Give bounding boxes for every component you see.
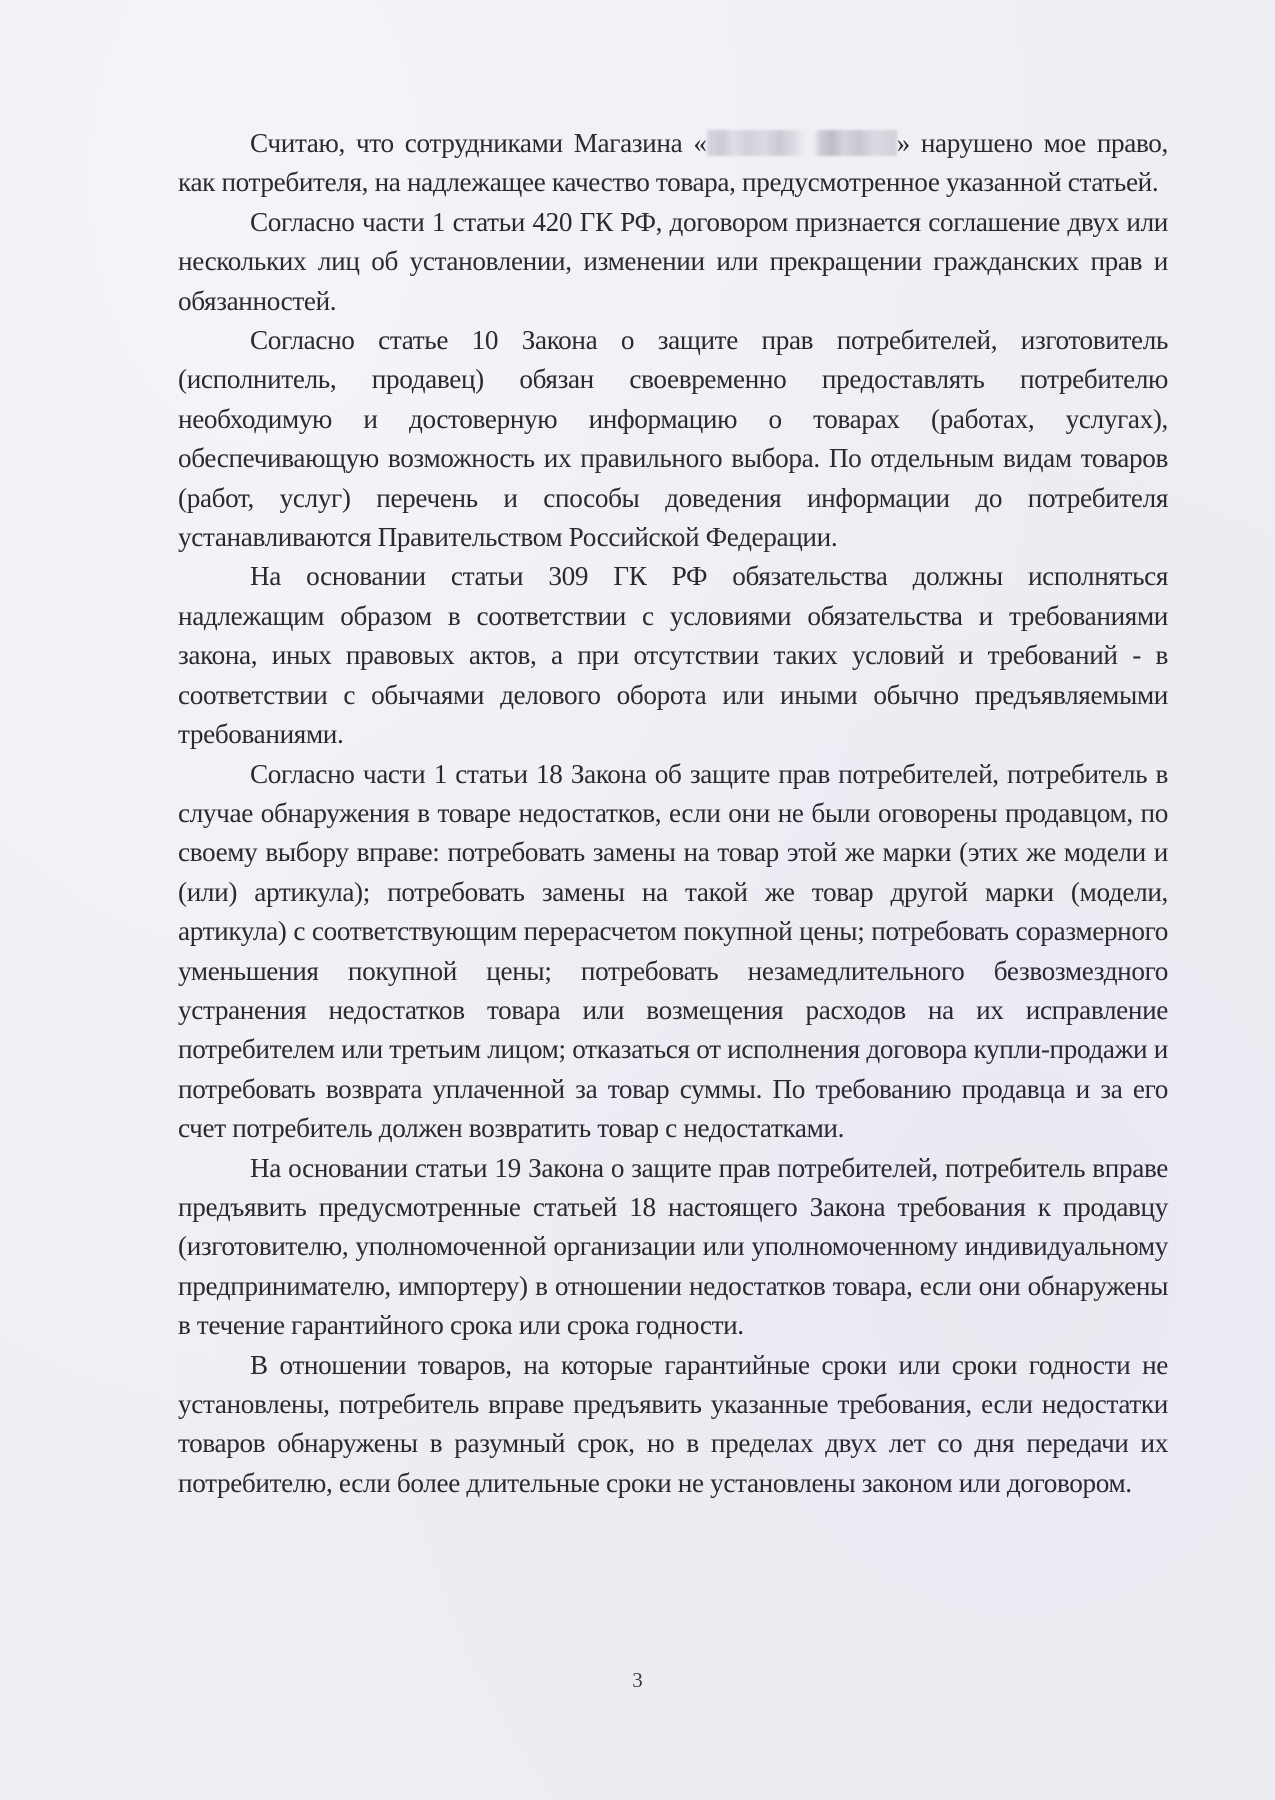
paragraph-article-420: Согласно части 1 статьи 420 ГК РФ, догов… [178,203,1168,321]
redacted-store-name [707,130,897,156]
page-number: 3 [0,1668,1275,1693]
scanned-document-page: Считаю, что сотрудниками Магазина «» нар… [0,0,1275,1800]
paragraph-store-violation: Считаю, что сотрудниками Магазина «» нар… [178,124,1168,203]
paragraph-article-309: На основании статьи 309 ГК РФ обязательс… [178,557,1168,754]
paragraph-article-18: Согласно части 1 статьи 18 Закона об защ… [178,755,1168,1149]
paragraph-article-10: Согласно статье 10 Закона о защите прав … [178,321,1168,557]
paragraph-no-warranty-goods: В отношении товаров, на которые гарантий… [178,1346,1168,1504]
paragraph-text-before-redaction: Считаю, что сотрудниками Магазина « [250,128,707,158]
paragraph-article-19: На основании статьи 19 Закона о защите п… [178,1149,1168,1346]
document-body: Считаю, что сотрудниками Магазина «» нар… [178,124,1168,1503]
